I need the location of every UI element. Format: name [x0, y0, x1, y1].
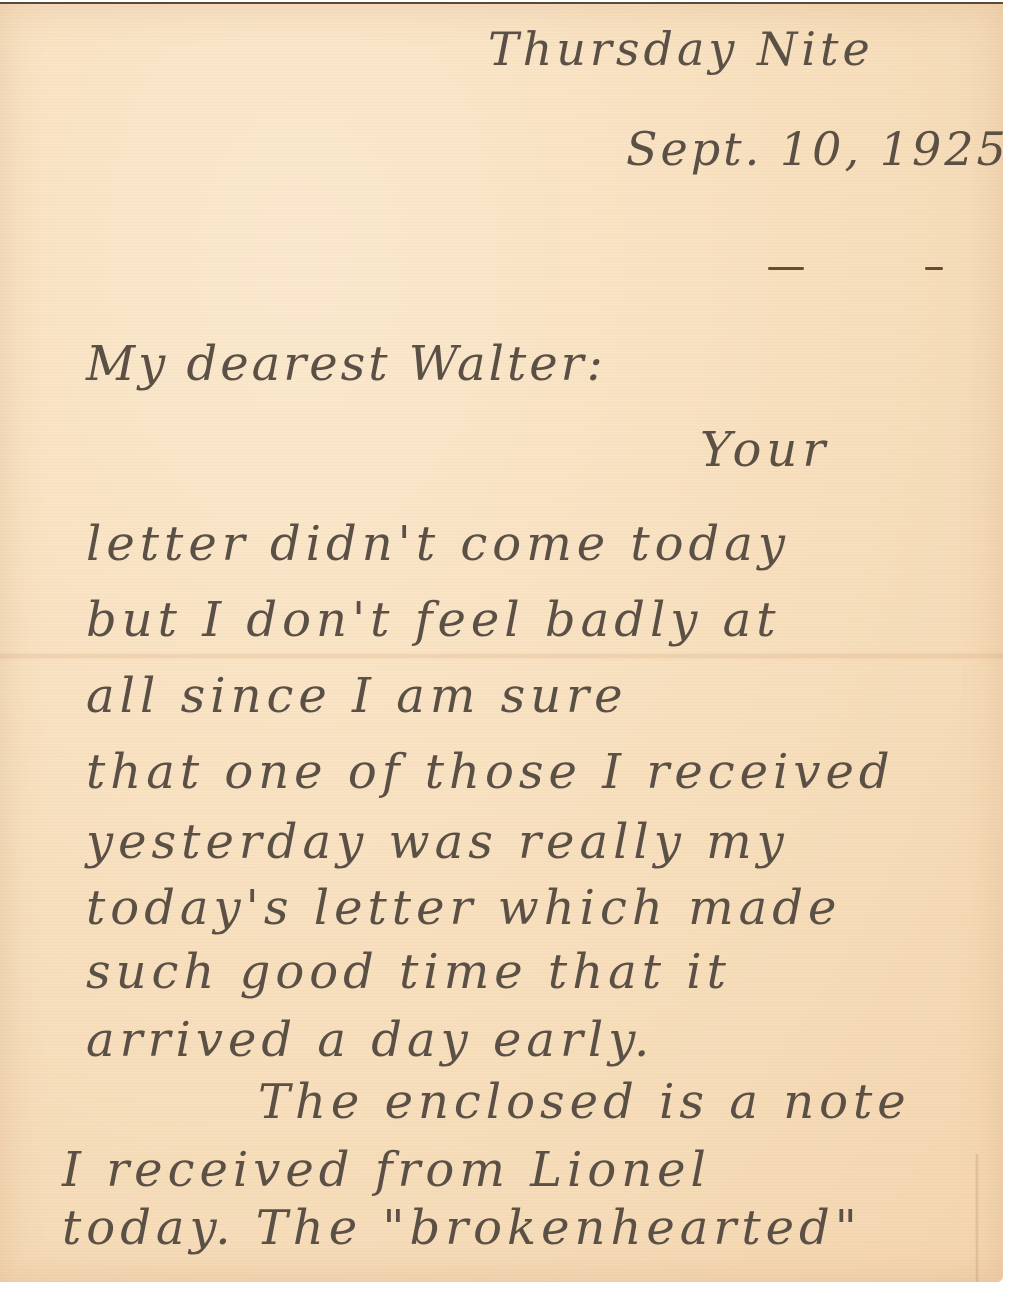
paper-edge-crease	[975, 1154, 979, 1282]
letter-line: I received from Lionel	[62, 1142, 711, 1198]
ink-mark	[925, 267, 943, 270]
letter-line: that one of those I received	[86, 744, 895, 800]
letter-date-heading: Sept. 10, 1925	[626, 122, 1009, 176]
letter-line: yesterday was really my	[86, 814, 789, 870]
letter-line: arrived a day early.	[86, 1012, 654, 1068]
letter-day-heading: Thursday Nite	[488, 22, 874, 76]
ink-mark	[768, 267, 804, 270]
letter-line: The enclosed is a note	[258, 1074, 911, 1130]
letter-line: Your	[700, 422, 830, 478]
letter-line: today. The "brokenhearted"	[62, 1200, 862, 1256]
letter-line: but I don't feel badly at	[86, 592, 781, 648]
letter-paper: Thursday Nite Sept. 10, 1925 My dearest …	[0, 2, 1003, 1282]
paper-fold-crease	[0, 652, 1003, 660]
letter-line: all since I am sure	[86, 668, 628, 724]
letter-salutation: My dearest Walter:	[86, 336, 606, 392]
letter-line: letter didn't come today	[86, 516, 790, 572]
letter-line: such good time that it	[86, 944, 731, 1000]
letter-line: today's letter which made	[86, 880, 841, 936]
